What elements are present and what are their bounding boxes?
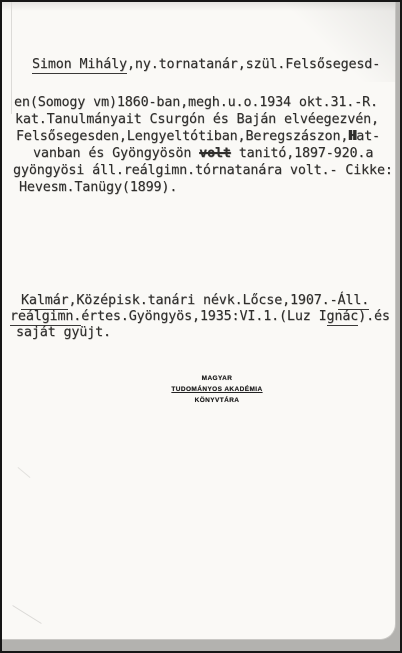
stamp-line: MAGYAR: [142, 373, 292, 384]
entry-body-text: at-: [356, 129, 380, 144]
entry-heading: Simon Mihály,ny.tornatanár,szül.Felsőseg…: [32, 58, 380, 72]
source-line: Kalmár,Középisk.tanári névk.Lőcse,1907.-…: [21, 294, 369, 308]
stamp-line: KÖNYVTÁRA: [142, 395, 292, 406]
entry-body-text: vanban és Gyöngyösön: [33, 146, 199, 161]
entry-body-line: Felsősegesden,Lengyeltótiban,Beregszászo…: [16, 130, 380, 144]
scanned-catalog-card-page: Simon Mihály,ny.tornatanár,szül.Felsőseg…: [0, 0, 402, 653]
source-title-underlined: Kalmár: [21, 293, 68, 310]
card-crease-mark-small: [18, 467, 31, 478]
entry-body-line: vanban és Gyöngyösön volt tanitó,1897-92…: [33, 147, 373, 161]
source-line: reálgimn.értes.Gyöngyös,1935:VI.1.(Luz I…: [10, 310, 390, 324]
entry-body-line: en(Somogy vm)1860-ban,megh.u.o.1934 okt.…: [14, 96, 378, 110]
entry-heading-rest: ,ny.tornatanár,szül.Felsősegesd-: [127, 57, 380, 72]
source-name-underlined: gnác: [327, 309, 359, 326]
catalog-card: Simon Mihály,ny.tornatanár,szül.Felsőseg…: [2, 2, 396, 640]
source-title-underlined: Áll.: [338, 293, 370, 310]
entry-name: Simon Mihály: [32, 57, 127, 74]
entry-body-text: Felsősegesden,Lengyeltótiban,Beregszászo…: [16, 129, 348, 144]
stamp-line: TUDOMÁNYOS AKADÉMIA: [142, 384, 292, 395]
source-text: ).és: [358, 309, 390, 324]
card-crease-mark: [12, 605, 41, 624]
entry-body-line: kat.Tanulmányait Csurgón és Baján elvéeg…: [15, 113, 379, 127]
struck-out-word: volt: [199, 146, 231, 161]
source-line: saját gyüjt.: [16, 326, 111, 340]
entry-body-line: Hevesm.Tanügy(1899).: [19, 181, 177, 195]
source-title-underlined: reálgimn.: [10, 309, 81, 326]
source-text: értes.Gyöngyös,1935:VI.1.(Luz I: [81, 309, 326, 324]
entry-body-line: gyöngyösi áll.reálgimn.tórnatanára volt.…: [13, 164, 393, 178]
source-text: ,Középisk.tanári névk.Lőcse,1907.-: [68, 293, 337, 308]
library-stamp: MAGYAR TUDOMÁNYOS AKADÉMIA KÖNYVTÁRA: [142, 373, 292, 406]
entry-body-text: tanitó,1897-920.a: [231, 146, 373, 161]
scan-artifact-left-streak: [11, 2, 12, 114]
